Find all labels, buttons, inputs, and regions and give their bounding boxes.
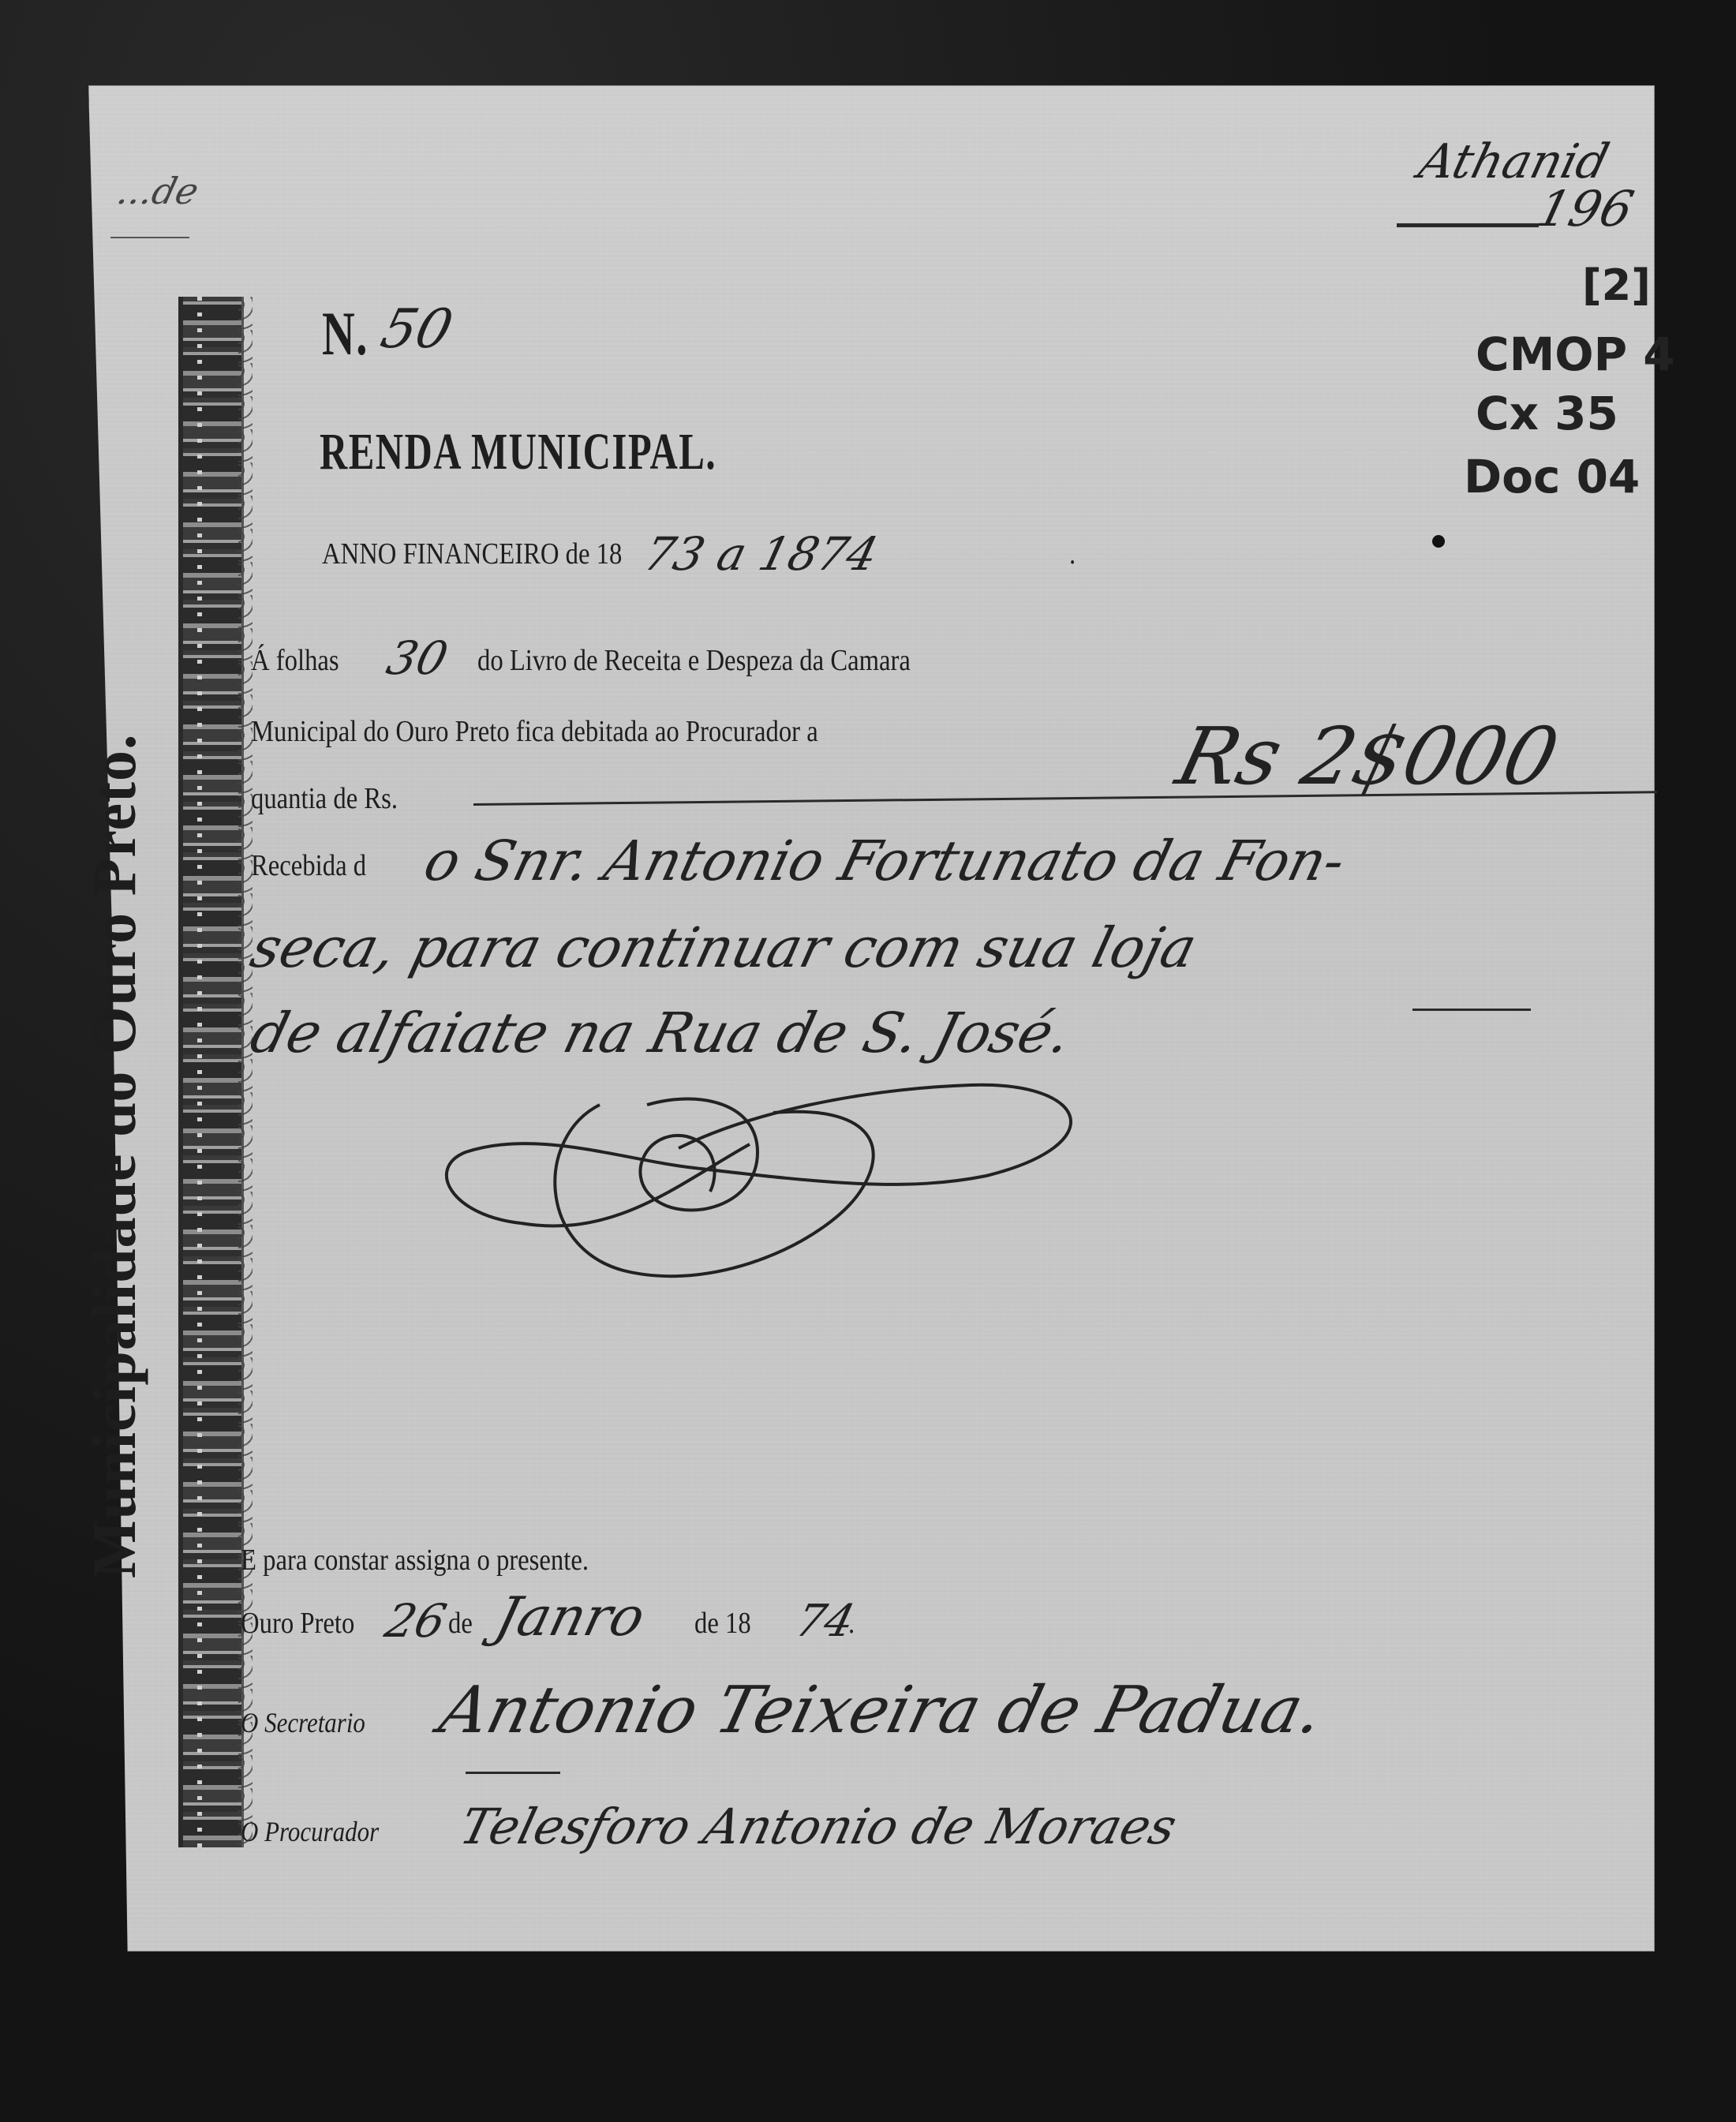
amount-label: quantia de Rs. bbox=[251, 781, 398, 816]
ornamental-border bbox=[178, 297, 244, 1847]
ink-dot bbox=[1432, 535, 1445, 548]
procurator-label: O Procurador bbox=[241, 1815, 379, 1848]
secretary-label: O Secretario bbox=[241, 1706, 365, 1739]
archive-code-document: Doc 04 bbox=[1464, 450, 1640, 503]
document-title: RENDA MUNICIPAL. bbox=[320, 422, 716, 482]
date-end: . bbox=[848, 1606, 855, 1641]
payer-line-1: o Snr. Antonio Fortunato da Fon- bbox=[418, 829, 1352, 893]
amount-value: Rs 2$000 bbox=[1168, 710, 1567, 803]
calligraphic-flourish bbox=[418, 1050, 1128, 1302]
folio-number: 196 bbox=[1532, 180, 1640, 238]
financial-year-label: ANNO FINANCEIRO de 18 bbox=[322, 537, 622, 571]
signature-stroke bbox=[1397, 223, 1539, 227]
archive-code-box: [2] bbox=[1582, 260, 1651, 310]
financial-year-value: 73 a 1874 bbox=[639, 527, 884, 581]
secretary-signature: Antonio Teixeira de Padua. bbox=[432, 1673, 1330, 1748]
spine-text: Municipalidade do Ouro Preto. bbox=[79, 733, 150, 1578]
ledger-reference: do Livro de Receita e Despeza da Camara bbox=[477, 643, 911, 678]
date-month: Janro bbox=[489, 1586, 651, 1649]
top-left-scribble: ...de bbox=[113, 170, 203, 212]
date-de-1: de bbox=[448, 1606, 473, 1641]
closing-dash bbox=[1412, 1009, 1531, 1011]
archive-code-box-number: Cx 35 bbox=[1476, 387, 1618, 440]
number-label: N. bbox=[322, 298, 369, 369]
debit-statement: Municipal do Ouro Preto fica debitada ao… bbox=[251, 714, 818, 749]
financial-year-end: . bbox=[1069, 537, 1076, 571]
procurator-signature: Telesforo Antonio de Moraes bbox=[455, 1798, 1182, 1855]
closing-statement: E para constar assigna o presente. bbox=[241, 1543, 589, 1577]
archive-code-fund: CMOP 4 bbox=[1476, 327, 1675, 381]
date-place: Ouro Preto bbox=[241, 1606, 354, 1641]
payer-line-2: seca, para continuar com sua loja bbox=[245, 915, 1203, 980]
received-from-label: Recebida d bbox=[251, 848, 366, 883]
scribble-underline bbox=[110, 237, 189, 238]
folio-label: Á folhas bbox=[251, 643, 339, 678]
date-year-prefix: de 18 bbox=[694, 1606, 751, 1641]
signature-mark bbox=[466, 1772, 560, 1774]
